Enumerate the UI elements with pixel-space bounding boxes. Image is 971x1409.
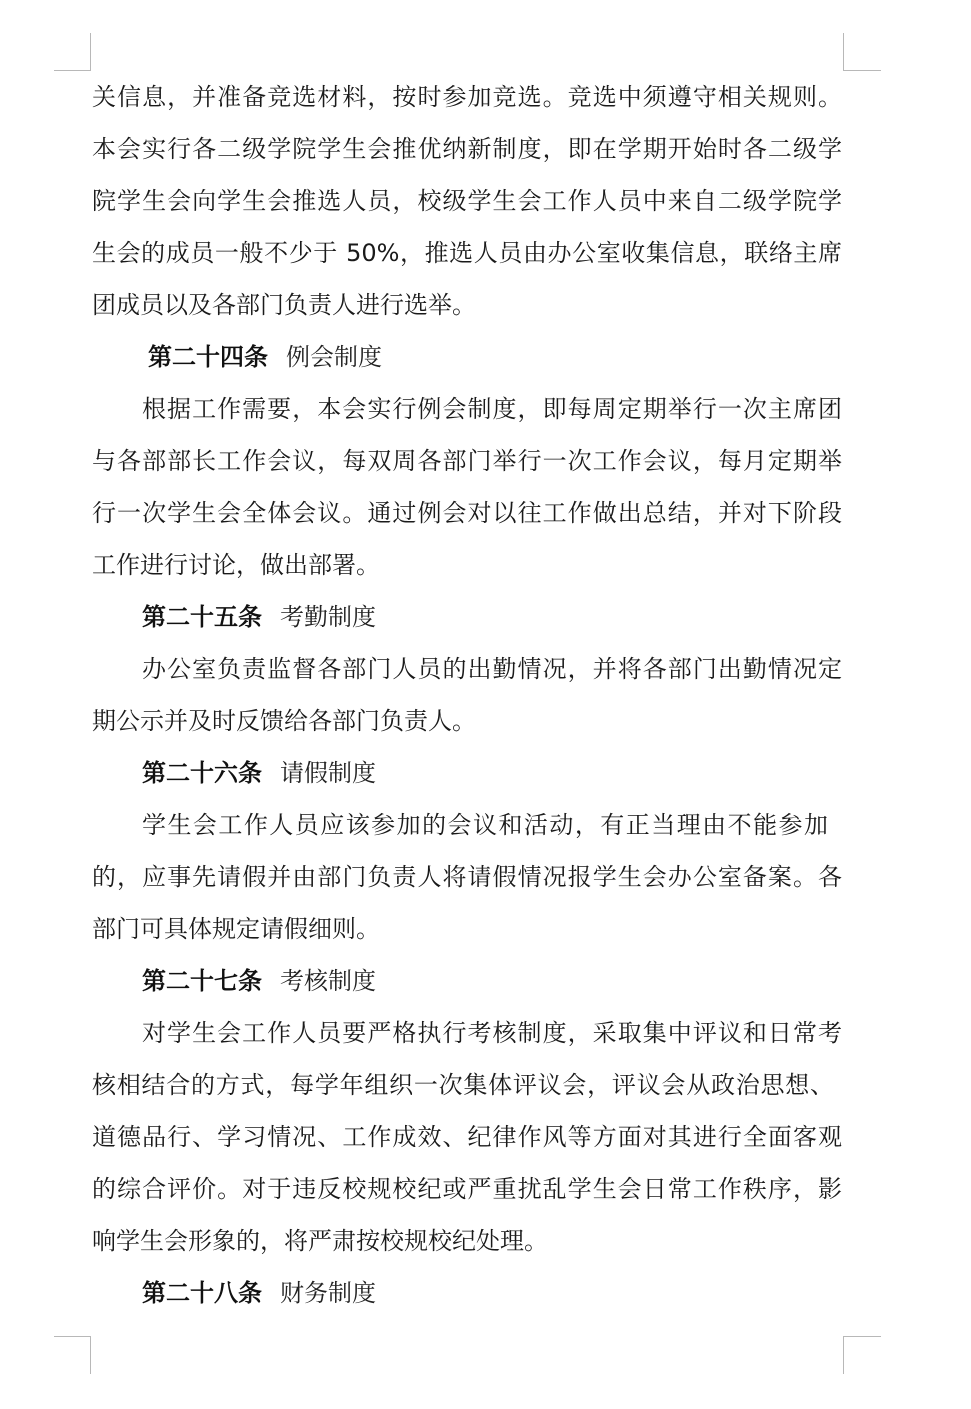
paragraph-line: 团成员以及各部门负责人进行选举。 — [92, 290, 842, 320]
paragraph-line: 与各部部长工作会议，每双周各部门举行一次工作会议，每月定期举 — [92, 446, 842, 476]
margin-corner-mark-bottom-right — [843, 1336, 881, 1374]
paragraph-line: 本会实行各二级学院学生会推优纳新制度，即在学期开始时各二级学 — [92, 134, 842, 164]
document-page: 关信息，并准备竞选材料，按时参加竞选。竞选中须遵守相关规则。 本会实行各二级学院… — [0, 0, 971, 1409]
paragraph-line: 的，应事先请假并由部门负责人将请假情况报学生会办公室备案。各 — [92, 862, 842, 892]
article-heading-26: 第二十六条请假制度 — [142, 758, 376, 788]
article-number: 第二十四条 — [148, 343, 268, 371]
paragraph-line: 行一次学生会全体会议。通过例会对以往工作做出总结，并对下阶段 — [92, 498, 842, 528]
article-number: 第二十八条 — [142, 1279, 262, 1307]
paragraph-line: 办公室负责监督各部门人员的出勤情况，并将各部门出勤情况定 — [142, 654, 842, 684]
article-title: 例会制度 — [286, 343, 382, 371]
paragraph-line: 关信息，并准备竞选材料，按时参加竞选。竞选中须遵守相关规则。 — [92, 82, 842, 112]
paragraph-line: 对学生会工作人员要严格执行考核制度，采取集中评议和日常考 — [142, 1018, 842, 1048]
paragraph-line: 期公示并及时反馈给各部门负责人。 — [92, 706, 842, 736]
article-heading-27: 第二十七条考核制度 — [142, 966, 376, 996]
article-heading-25: 第二十五条考勤制度 — [142, 602, 376, 632]
article-number: 第二十六条 — [142, 759, 262, 787]
article-title: 请假制度 — [280, 759, 376, 787]
article-heading-24: 第二十四条例会制度 — [148, 342, 382, 372]
paragraph-line: 核相结合的方式，每学年组织一次集体评议会，评议会从政治思想、 — [92, 1070, 834, 1100]
paragraph-line: 生会的成员一般不少于 50%，推选人员由办公室收集信息，联络主席 — [92, 238, 842, 268]
margin-corner-mark-top-right — [843, 33, 881, 71]
article-number: 第二十五条 — [142, 603, 262, 631]
paragraph-line: 工作进行讨论，做出部署。 — [92, 550, 842, 580]
paragraph-line: 院学生会向学生会推选人员，校级学生会工作人员中来自二级学院学 — [92, 186, 842, 216]
article-title: 财务制度 — [280, 1279, 376, 1307]
paragraph-line: 根据工作需要，本会实行例会制度，即每周定期举行一次主席团 — [142, 394, 842, 424]
article-number: 第二十七条 — [142, 967, 262, 995]
article-heading-28: 第二十八条财务制度 — [142, 1278, 376, 1308]
margin-corner-mark-bottom-left — [54, 1336, 91, 1374]
article-title: 考勤制度 — [280, 603, 376, 631]
margin-corner-mark-top-left — [54, 33, 91, 71]
paragraph-line: 部门可具体规定请假细则。 — [92, 914, 842, 944]
paragraph-line: 学生会工作人员应该参加的会议和活动，有正当理由不能参加 — [142, 810, 828, 840]
paragraph-line: 响学生会形象的，将严肃按校规校纪处理。 — [92, 1226, 842, 1256]
article-title: 考核制度 — [280, 967, 376, 995]
paragraph-line: 的综合评价。对于违反校规校纪或严重扰乱学生会日常工作秩序，影 — [92, 1174, 842, 1204]
paragraph-line: 道德品行、学习情况、工作成效、纪律作风等方面对其进行全面客观 — [92, 1122, 842, 1152]
